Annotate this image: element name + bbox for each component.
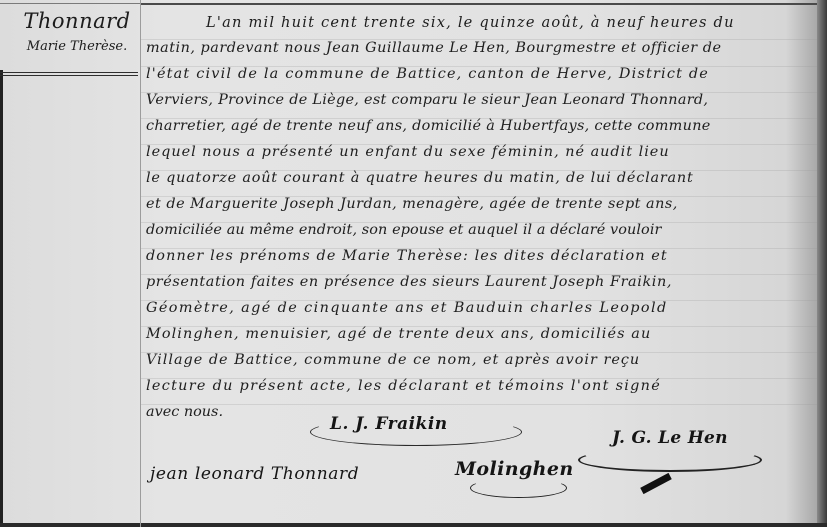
page-binding-shadow: [817, 0, 827, 527]
margin-entry: Thonnard Marie Therèse.: [18, 8, 136, 56]
register-page: Thonnard Marie Therèse. L'an mil huit ce…: [0, 0, 827, 527]
body-line: le quatorze août courant à quatre heures…: [146, 170, 694, 186]
margin-double-rule: [0, 72, 138, 76]
body-line: matin, pardevant nous Jean Guillaume Le …: [146, 40, 721, 56]
ruled-line: [141, 404, 817, 405]
signature-witness-fraikin: L. J. Fraikin: [330, 414, 448, 434]
body-line: lecture du présent acte, les déclarant e…: [146, 378, 661, 394]
page-bottom-edge: [0, 523, 827, 527]
signature-flourish: [578, 448, 762, 472]
signature-witness-molinghen: Molinghen: [455, 458, 574, 480]
body-line: et de Marguerite Joseph Jurdan, menagère…: [146, 196, 678, 212]
body-line: l'état civil de la commune de Battice, c…: [146, 66, 709, 82]
body-line: Verviers, Province de Liège, est comparu…: [146, 92, 708, 108]
body-line: avec nous.: [146, 404, 223, 420]
top-rule: [140, 3, 817, 5]
body-line: Molinghen, menuisier, agé de trente deux…: [146, 326, 651, 342]
margin-line: [140, 0, 141, 527]
margin-given-names: Marie Therèse.: [18, 38, 136, 56]
margin-surname: Thonnard: [18, 8, 136, 34]
top-rule-margin: [0, 3, 140, 4]
page-left-edge: [0, 70, 3, 527]
body-line: lequel nous a présenté un enfant du sexe…: [146, 144, 670, 160]
body-line: donner les prénoms de Marie Therèse: les…: [146, 248, 668, 264]
signature-officer-lehen: J. G. Le Hen: [612, 428, 728, 448]
signature-flourish: [470, 478, 567, 498]
body-line: présentation faites en présence des sieu…: [146, 274, 672, 290]
body-line: charretier, agé de trente neuf ans, domi…: [146, 118, 711, 134]
signature-declarant-thonnard: jean leonard Thonnard: [150, 464, 359, 484]
body-line: Village de Battice, commune de ce nom, e…: [146, 352, 640, 368]
body-line: L'an mil huit cent trente six, le quinze…: [206, 14, 735, 31]
signature-paraph: [640, 473, 672, 494]
body-line: domiciliée au même endroit, son epouse e…: [146, 222, 662, 238]
body-line: Géomètre, agé de cinquante ans et Baudui…: [146, 300, 668, 316]
